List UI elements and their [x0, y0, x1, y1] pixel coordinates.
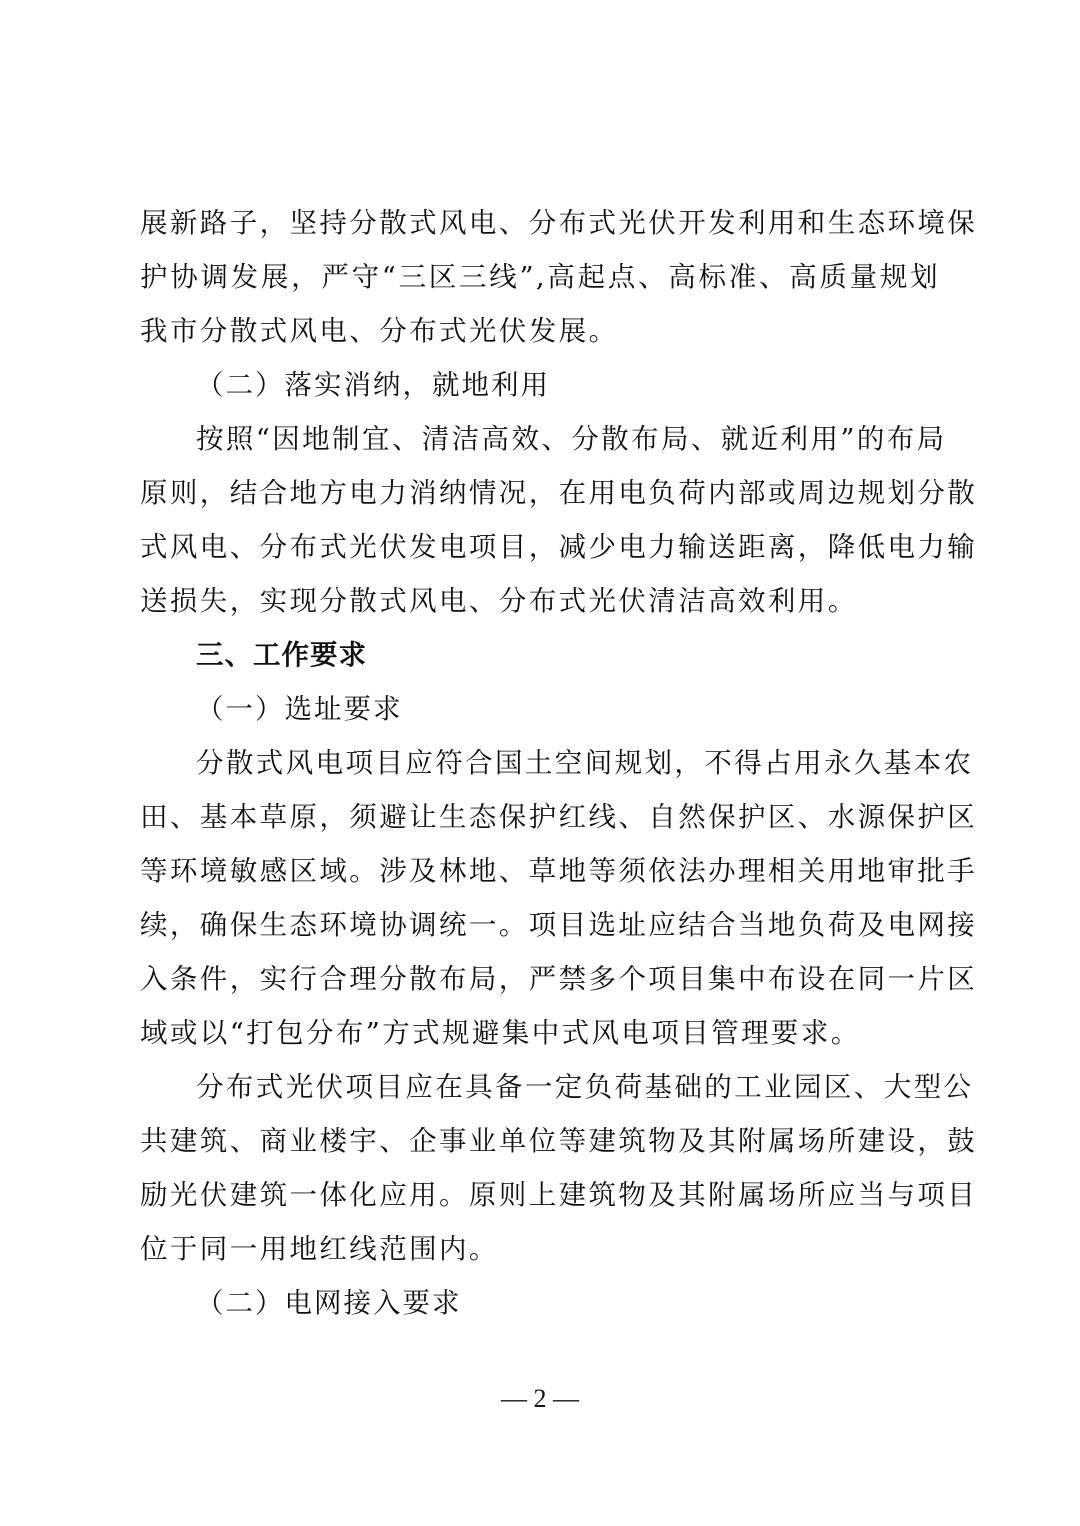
paragraph-line: 式风电、分布式光伏发电项目，减少电力输送距离，降低电力输 — [140, 529, 940, 565]
paragraph-line: 共建筑、商业楼宇、企事业单位等建筑物及其附属场所建设，鼓 — [140, 1123, 940, 1159]
paragraph-line: 位于同一用地红线范围内。 — [140, 1231, 940, 1267]
paragraph-line: 入条件，实行合理分散布局，严禁多个项目集中布设在同一片区 — [140, 961, 940, 997]
paragraph-line: 护协调发展，严守“三区三线”,高起点、高标准、高质量规划 — [140, 259, 940, 295]
paragraph-line: 等环境敏感区域。涉及林地、草地等须依法办理相关用地审批手 — [140, 853, 940, 889]
paragraph-line: 我市分散式风电、分布式光伏发展。 — [140, 313, 940, 349]
paragraph-line: 域或以“打包分布”方式规避集中式风电项目管理要求。 — [140, 1015, 940, 1051]
section-subheading: （二）电网接入要求 — [196, 1285, 996, 1321]
paragraph-line: 励光伏建筑一体化应用。原则上建筑物及其附属场所应当与项目 — [140, 1177, 940, 1213]
paragraph-line: 续，确保生态环境协调统一。项目选址应结合当地负荷及电网接 — [140, 907, 940, 943]
section-heading: 三、工作要求 — [196, 637, 996, 673]
paragraph-line: 原则，结合地方电力消纳情况，在用电负荷内部或周边规划分散 — [140, 475, 940, 511]
paragraph-line: 展新路子，坚持分散式风电、分布式光伏开发利用和生态环境保 — [140, 205, 940, 241]
document-page: 展新路子，坚持分散式风电、分布式光伏开发利用和生态环境保 护协调发展，严守“三区… — [0, 0, 1080, 1526]
page-number: — 2 — — [0, 1384, 1080, 1414]
section-subheading: （二）落实消纳，就地利用 — [196, 367, 996, 403]
paragraph-line: 分布式光伏项目应在具备一定负荷基础的工业园区、大型公 — [196, 1069, 940, 1105]
paragraph-line: 分散式风电项目应符合国土空间规划，不得占用永久基本农 — [196, 745, 940, 781]
paragraph-line: 田、基本草原，须避让生态保护红线、自然保护区、水源保护区 — [140, 799, 940, 835]
section-subheading: （一）选址要求 — [196, 691, 996, 727]
paragraph-line: 按照“因地制宜、清洁高效、分散布局、就近利用”的布局 — [196, 421, 940, 457]
paragraph-line: 送损失，实现分散式风电、分布式光伏清洁高效利用。 — [140, 583, 940, 619]
